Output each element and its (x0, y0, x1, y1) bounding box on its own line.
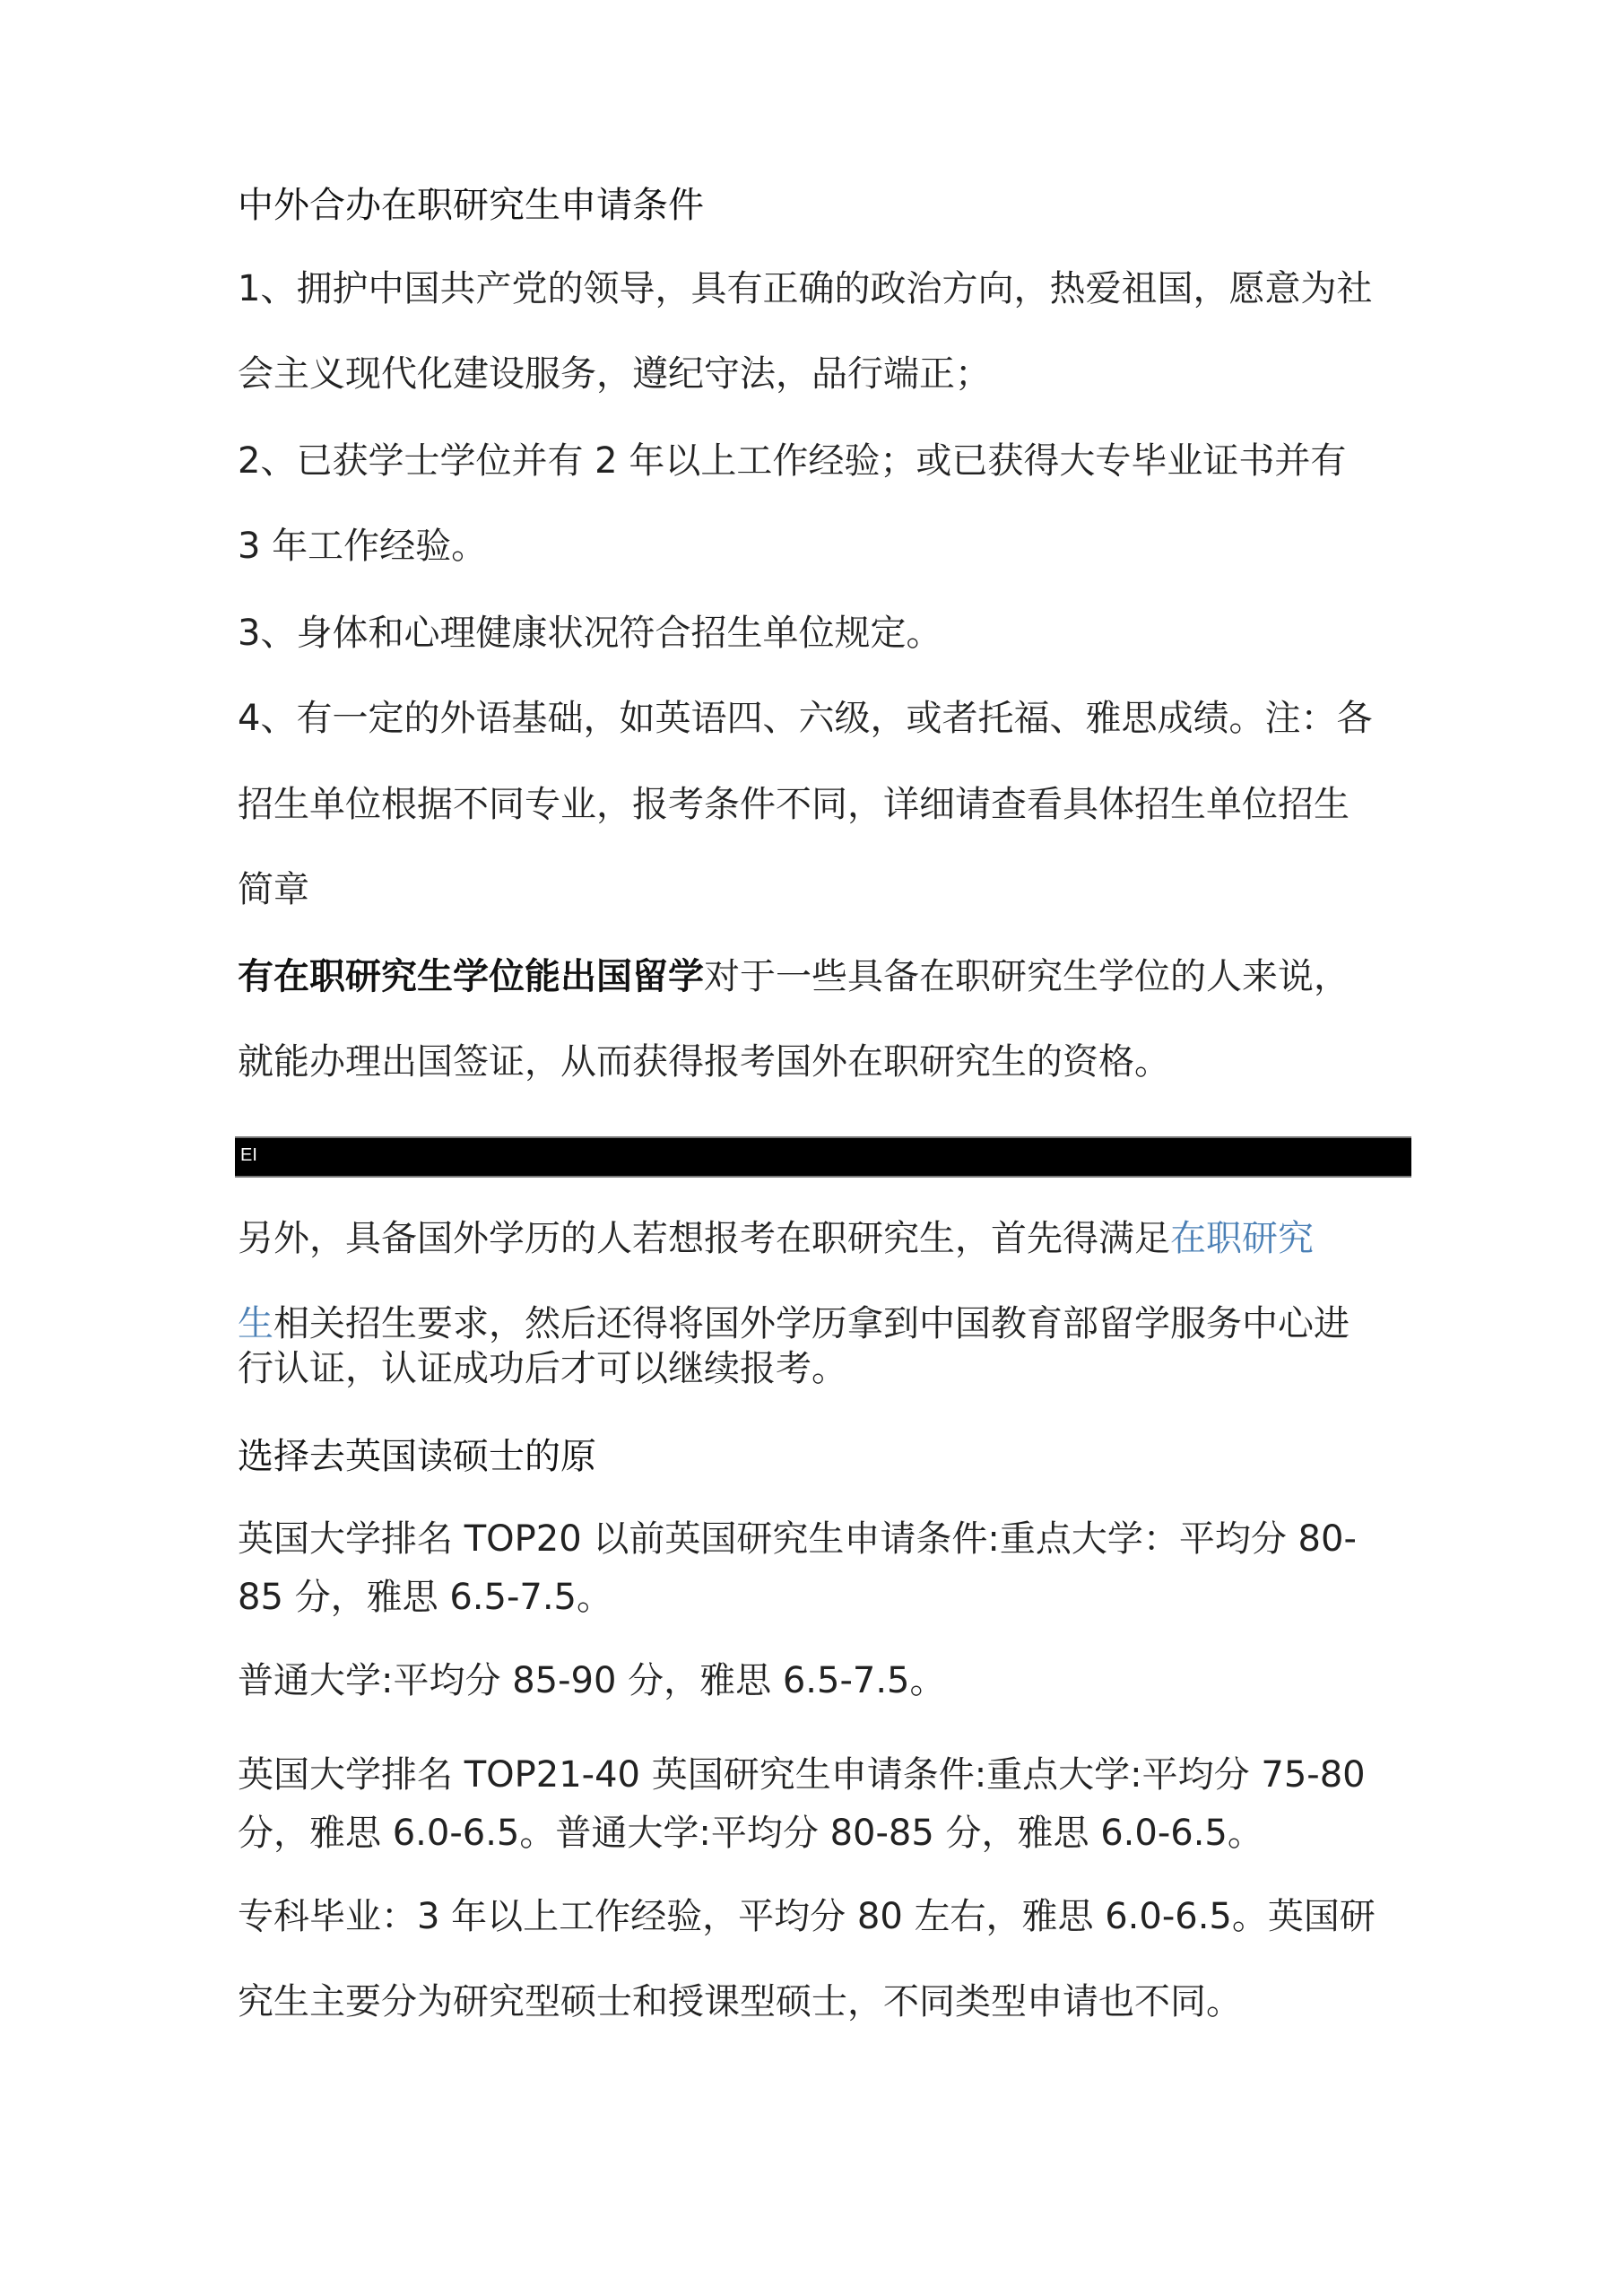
requirement-2-line-2: 3 年工作经验。 (238, 525, 487, 568)
foreign-degree-text: 另外，具备国外学历的人若想报考在职研究生，首先得满足 (238, 1218, 1170, 1259)
banner-label: EI (240, 1145, 257, 1166)
foreign-degree-paragraph-line-2: 生相关招生要求，然后还得将国外学历拿到中国教育部留学服务中心进 (238, 1302, 1350, 1345)
black-banner-bar: EI (235, 1136, 1411, 1178)
in-service-postgrad-link-cont[interactable]: 生 (238, 1303, 273, 1344)
uk-top21-40-line-1: 英国大学排名 TOP21-40 英国研究生申请条件:重点大学:平均分 75-80 (238, 1753, 1366, 1796)
in-service-postgrad-link[interactable]: 在职研究 (1170, 1218, 1314, 1259)
study-abroad-bold-lead: 有在职研究生学位能出国留学 (238, 956, 704, 997)
foreign-degree-paragraph-line-3: 行认证，认证成功后才可以继续报考。 (238, 1347, 847, 1390)
requirement-4-line-2: 招生单位根据不同专业，报考条件不同，详细请查看具体招生单位招生 (238, 783, 1350, 826)
requirement-1-line-2: 会主义现代化建设服务，遵纪守法，品行端正； (238, 352, 991, 396)
requirement-4-line-1: 4、有一定的外语基础，如英语四、六级，或者托福、雅思成绩。注：各 (238, 697, 1372, 740)
uk-top20-line-1: 英国大学排名 TOP20 以前英国研究生申请条件:重点大学：平均分 80- (238, 1518, 1357, 1561)
requirement-1-line-1: 1、拥护中国共产党的领导，具有正确的政治方向，热爱祖国，愿意为社 (238, 267, 1372, 310)
section-title-uk-masters: 选择去英国读硕士的原 (238, 1435, 596, 1478)
uk-junior-college-line-2: 究生主要分为研究型硕士和授课型硕士，不同类型申请也不同。 (238, 1980, 1242, 2023)
uk-regular-university: 普通大学:平均分 85-90 分，雅思 6.5-7.5。 (238, 1659, 946, 1702)
uk-top20-line-2: 85 分，雅思 6.5-7.5。 (238, 1576, 612, 1619)
requirement-2-line-1: 2、已获学士学位并有 2 年以上工作经验；或已获得大专毕业证书并有 (238, 439, 1346, 483)
foreign-degree-text-cont: 相关招生要求，然后还得将国外学历拿到中国教育部留学服务中心进 (273, 1303, 1350, 1344)
uk-top21-40-line-2: 分，雅思 6.0-6.5。普通大学:平均分 80-85 分，雅思 6.0-6.5… (238, 1812, 1263, 1855)
study-abroad-paragraph-line-1: 有在职研究生学位能出国留学对于一些具备在职研究生学位的人来说， (238, 955, 1350, 998)
study-abroad-rest: 对于一些具备在职研究生学位的人来说， (704, 956, 1350, 997)
section-title-sino-foreign: 中外合办在职研究生申请条件 (238, 184, 704, 227)
study-abroad-paragraph-line-2: 就能办理出国签证，从而获得报考国外在职研究生的资格。 (238, 1040, 1170, 1083)
uk-junior-college-line-1: 专科毕业：3 年以上工作经验，平均分 80 左右，雅思 6.0-6.5。英国研 (238, 1895, 1376, 1938)
requirement-3: 3、身体和心理健康状况符合招生单位规定。 (238, 612, 942, 655)
requirement-4-line-3: 简章 (238, 868, 309, 911)
foreign-degree-paragraph-line-1: 另外，具备国外学历的人若想报考在职研究生，首先得满足在职研究 (238, 1217, 1314, 1260)
